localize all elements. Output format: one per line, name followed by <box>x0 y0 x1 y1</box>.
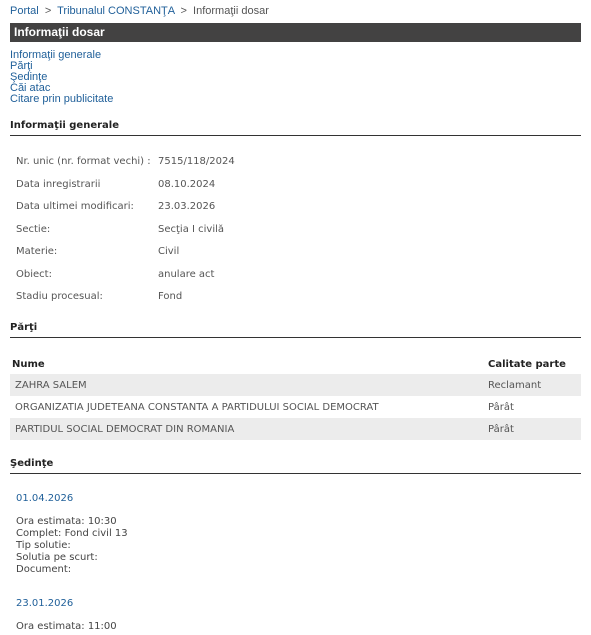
info-value: 23.03.2026 <box>158 201 215 212</box>
sedinta-detail: Ora estimata: 10:30 <box>16 516 128 528</box>
page-title: Informaţii dosar <box>10 23 581 42</box>
sedinta-item: 01.04.2026Ora estimata: 10:30Complet: Fo… <box>16 493 128 576</box>
table-row: ORGANIZATIA JUDETEANA CONSTANTA A PARTID… <box>10 396 581 418</box>
party-role: Pârât <box>486 396 581 418</box>
section-heading-parti: Părţi <box>10 322 581 338</box>
party-name: PARTIDUL SOCIAL DEMOCRAT DIN ROMANIA <box>10 418 486 440</box>
breadcrumb-current: Informaţii dosar <box>193 5 269 17</box>
breadcrumb-tribunal[interactable]: Tribunalul CONSTANŢA <box>57 5 174 17</box>
breadcrumb-portal[interactable]: Portal <box>10 5 39 17</box>
sedinta-detail: Ora estimata: 11:00 <box>16 621 117 633</box>
section-heading-informatii-generale: Informaţii generale <box>10 120 581 136</box>
party-name: ORGANIZATIA JUDETEANA CONSTANTA A PARTID… <box>10 396 486 418</box>
breadcrumb: Portal > Tribunalul CONSTANŢA > Informaţ… <box>10 5 269 17</box>
column-header-calitate: Calitate parte <box>486 354 581 374</box>
sedinta-detail: Tip solutie: <box>16 540 128 552</box>
party-name: ZAHRA SALEM <box>10 374 486 396</box>
table-row: ZAHRA SALEMReclamant <box>10 374 581 396</box>
section-nav: Informaţii generale Părţi Şedinţe Căi at… <box>10 50 113 105</box>
nav-citare-publicitate[interactable]: Citare prin publicitate <box>10 94 113 105</box>
sedinta-detail: Document: <box>16 564 128 576</box>
party-role: Reclamant <box>486 374 581 396</box>
sedinta-date: 01.04.2026 <box>16 493 128 504</box>
info-value: 08.10.2024 <box>158 179 215 190</box>
info-label: Materie: <box>16 246 57 257</box>
party-role: Pârât <box>486 418 581 440</box>
info-value: Civil <box>158 246 179 257</box>
parti-table: Nume Calitate parte ZAHRA SALEMReclamant… <box>10 354 581 440</box>
breadcrumb-separator: > <box>45 5 51 17</box>
info-label: Data ultimei modificari: <box>16 201 134 212</box>
info-label: Sectie: <box>16 224 50 235</box>
info-label: Obiect: <box>16 269 52 280</box>
info-value: Fond <box>158 291 182 302</box>
sedinta-item: 23.01.2026Ora estimata: 11:00 <box>16 598 117 633</box>
section-heading-sedinte: Şedinţe <box>10 458 581 474</box>
sedinta-detail: Complet: Fond civil 13 <box>16 528 128 540</box>
table-row: PARTIDUL SOCIAL DEMOCRAT DIN ROMANIAPârâ… <box>10 418 581 440</box>
info-label: Stadiu procesual: <box>16 291 103 302</box>
breadcrumb-separator: > <box>181 5 187 17</box>
column-header-nume: Nume <box>10 354 486 374</box>
info-value: Secţia I civilă <box>158 224 224 235</box>
info-value: anulare act <box>158 269 214 280</box>
info-label: Data inregistrarii <box>16 179 100 190</box>
info-value: 7515/118/2024 <box>158 156 235 167</box>
info-label: Nr. unic (nr. format vechi) : <box>16 156 151 167</box>
sedinta-detail: Solutia pe scurt: <box>16 552 128 564</box>
sedinta-date: 23.01.2026 <box>16 598 117 609</box>
